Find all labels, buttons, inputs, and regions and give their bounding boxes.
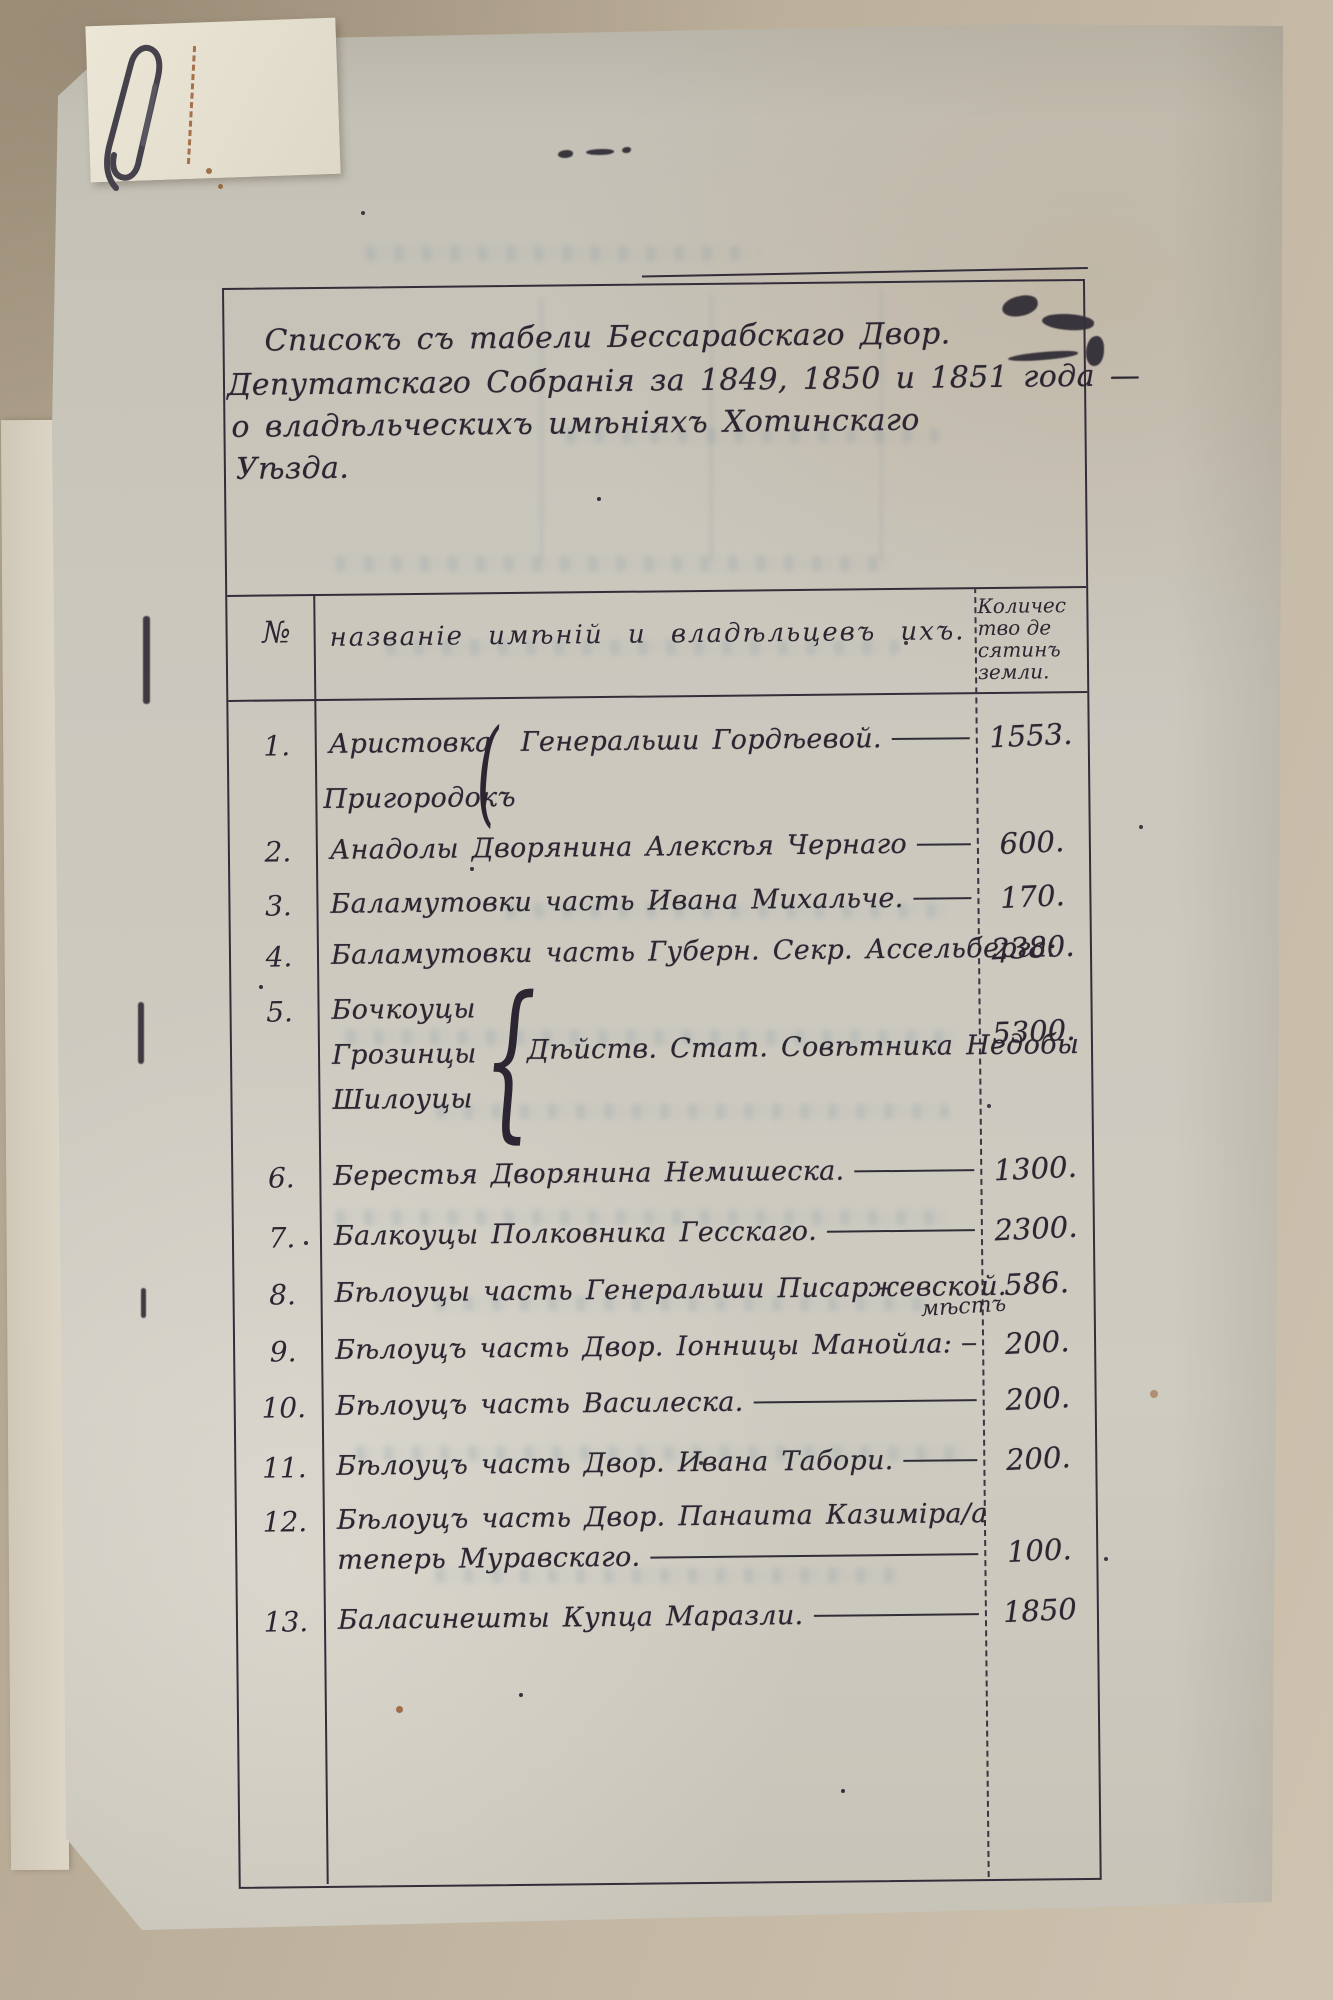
document-title-line: Уѣзда.	[236, 451, 350, 487]
leader-line	[914, 897, 972, 900]
land-value: 1850	[987, 1591, 1092, 1630]
row-number: 10.	[250, 1391, 318, 1425]
estate-name: Баласинешты Купца Маразли.	[338, 1600, 804, 1636]
leader-line	[650, 1553, 978, 1558]
value-note: мѣстъ	[920, 1292, 1007, 1322]
estate-line: Бѣлоуцы часть Генеральши Писаржевской.	[334, 1271, 977, 1309]
land-value: 1300.	[983, 1149, 1088, 1188]
estate-name: Бѣлоуцъ часть Двор. Ивана Табори.	[336, 1445, 894, 1482]
estate-name: Анадолы Дворянина Алексѣя Чернаго	[330, 829, 907, 866]
column-header-quantity: земли.	[978, 659, 1084, 684]
ink-dot	[622, 147, 631, 153]
estate-line: Баламутовки часть Ивана Михальче.	[330, 882, 973, 920]
row-number: 2.	[244, 835, 312, 869]
ink-dash	[586, 149, 614, 155]
land-value: 600.	[979, 823, 1084, 862]
leader-line	[827, 1229, 975, 1233]
row-number: 3.	[244, 889, 312, 923]
photo-background: Списокъ съ табели Бессарабскаго Двор. Де…	[0, 0, 1333, 2000]
ink-bar	[143, 616, 150, 704]
ink-bar	[138, 1002, 144, 1064]
estate-name: Бѣлоуцъ часть Василеска.	[336, 1387, 744, 1422]
row-number: 5.	[245, 995, 313, 1029]
estate-name: Баламутовки часть Ивана Михальче.	[330, 883, 903, 920]
estate-name: Бѣлоуцы часть Генеральши Писаржевской.	[334, 1271, 1007, 1309]
estate-name: Бѣлоуцъ часть Двор. Іонницы Манойла:	[335, 1328, 952, 1365]
estate-line: теперь Муравскаго.	[337, 1538, 980, 1576]
estate-name: Берестья Дворянина Немишеска.	[333, 1156, 844, 1192]
row-number: 7.	[248, 1221, 316, 1255]
row-number: 11.	[250, 1451, 318, 1485]
leader-line	[754, 1399, 977, 1403]
estate-line: Бѣлоуцъ часть Двор. Панаита Казиміра/а	[337, 1498, 980, 1536]
row-number: 4.	[245, 940, 313, 974]
estate-line: Анадолы Дворянина Алексѣя Чернаго	[330, 828, 973, 866]
land-value: 100.	[987, 1531, 1092, 1570]
document-title-line: о владѣльческихъ имѣніяхъ Хотинскаго	[231, 403, 920, 445]
header-top-rule	[227, 586, 1086, 597]
column-header-number: №	[241, 615, 311, 651]
ink-dot	[558, 150, 573, 158]
column-header-name: названіе имѣній и владѣльцевъ ихъ.	[330, 616, 966, 653]
document-title-line: Депутатскаго Собранія за 1849, 1850 и 18…	[227, 358, 1141, 403]
document-page: Списокъ съ табели Бессарабскаго Двор. Де…	[0, 0, 1333, 2000]
paperclip	[86, 28, 206, 198]
leader-line	[892, 737, 970, 740]
land-value: 200.	[986, 1439, 1091, 1478]
row-number: 13.	[252, 1605, 320, 1639]
estate-name: Грозинцы	[332, 1038, 477, 1071]
bleed-through-line	[360, 246, 760, 261]
table-frame: Списокъ съ табели Бессарабскаго Двор. Де…	[222, 279, 1102, 1889]
land-value: 170.	[980, 877, 1085, 916]
land-value: 2300.	[983, 1209, 1088, 1248]
rust-speck	[206, 168, 212, 174]
leader-line	[917, 843, 971, 846]
owner-name: Генеральши Гордѣевой.	[521, 723, 882, 758]
leader-line	[854, 1169, 974, 1172]
land-value: 5300.	[981, 1012, 1086, 1051]
header-bottom-rule	[228, 691, 1087, 702]
row-number: 1.	[243, 729, 311, 763]
rust-speck	[218, 184, 223, 189]
owner-line: Дѣйств. Стат. Совѣтника Недобы	[527, 1030, 975, 1066]
land-value: 1553.	[978, 716, 1083, 755]
estate-line: Бѣлоуцъ часть Двор. Іонницы Манойла:	[335, 1328, 978, 1366]
row-number: 9.	[249, 1335, 317, 1369]
land-value: 200.	[984, 1323, 1089, 1362]
row-number: 12.	[251, 1505, 319, 1539]
estate-name: теперь Муравскаго.	[337, 1542, 640, 1576]
land-value: 2380.	[980, 928, 1085, 967]
estate-name: Шилоуцы	[332, 1083, 473, 1115]
owner-line: Генеральши Гордѣевой.	[521, 722, 972, 758]
estate-line: Бѣлоуцъ часть Василеска.	[336, 1384, 979, 1422]
paper-specks	[0, 0, 2, 2]
leader-line	[904, 1459, 978, 1462]
estate-line: Балкоуцы Полковника Гесскаго.	[334, 1214, 977, 1252]
leader-line	[813, 1613, 978, 1617]
estate-line: Бѣлоуцъ часть Двор. Ивана Табори.	[336, 1444, 979, 1482]
grouping-brace: (	[476, 715, 500, 830]
rust-speck	[1150, 1390, 1158, 1398]
ink-bar	[141, 1288, 146, 1318]
row-number: 6.	[247, 1161, 315, 1195]
document-title-line: Списокъ съ табели Бессарабскаго Двор.	[264, 316, 950, 358]
table-top-double-line	[642, 267, 1088, 278]
land-value: 200.	[985, 1379, 1090, 1418]
estate-name: Баламутовки часть Губерн. Секр. Ассельбе…	[331, 932, 1057, 971]
estate-line: Баласинешты Купца Маразли.	[338, 1598, 981, 1636]
estate-name: Бѣлоуцъ часть Двор. Панаита Казиміра/а	[337, 1498, 988, 1536]
leader-line	[962, 1343, 976, 1345]
estate-line: Баламутовки часть Губерн. Секр. Ассельбе…	[331, 933, 974, 971]
estate-name: Бочкоуцы	[331, 993, 475, 1026]
estate-name: Аристовка	[329, 727, 492, 760]
estate-line: Берестья Дворянина Немишеска.	[333, 1154, 976, 1192]
estate-name: Балкоуцы Полковника Гесскаго.	[334, 1216, 817, 1252]
row-number: 8.	[248, 1278, 316, 1312]
